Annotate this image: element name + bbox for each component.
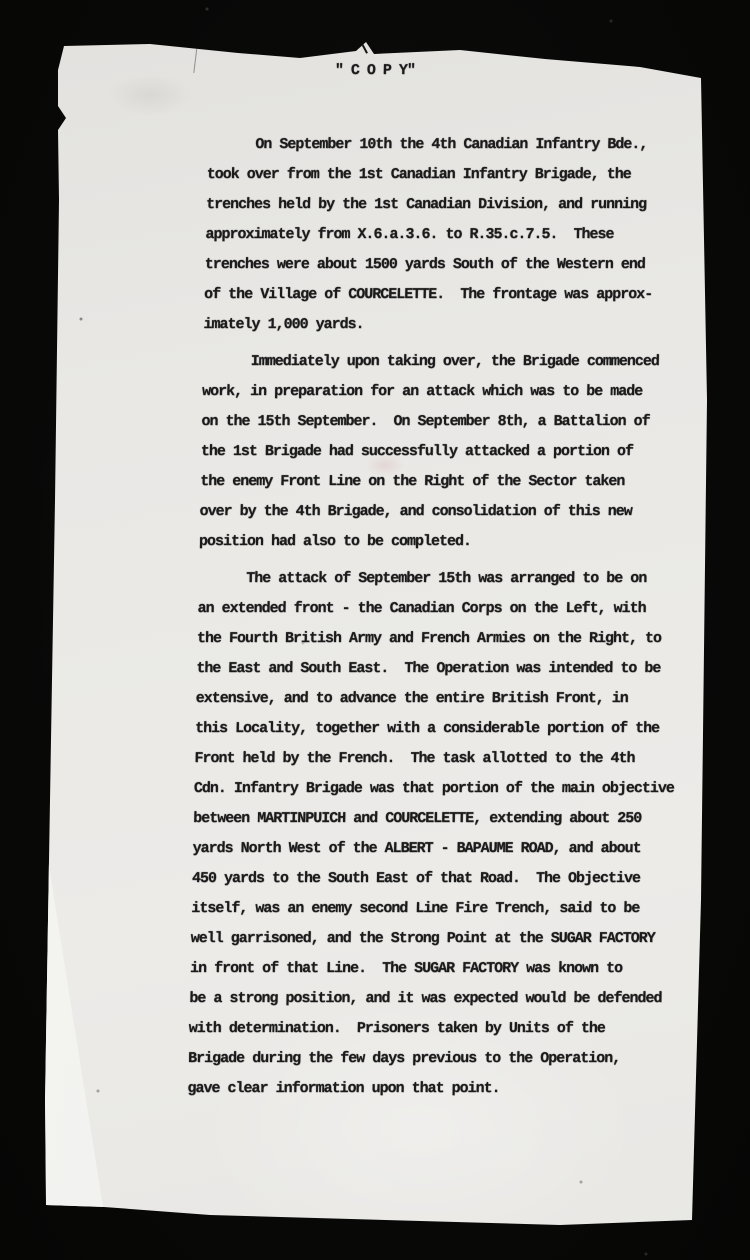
document-page: " C O P Y" On September 10th the 4th Can… (0, 0, 750, 1260)
typed-text-block: " C O P Y" On September 10th the 4th Can… (187, 62, 709, 1111)
copy-heading: " C O P Y" (335, 62, 709, 80)
paragraph-attack-preparation: Immediately upon taking over, the Brigad… (199, 347, 703, 557)
paper-crack-mark (193, 45, 197, 73)
paragraph-trenches-taken-over: On September 10th the 4th Canadian Infan… (203, 130, 707, 340)
paper-tear-mark (360, 41, 368, 53)
scan-background: " C O P Y" On September 10th the 4th Can… (0, 0, 750, 1260)
dust-specks (0, 0, 2, 2)
paragraph-september-15-attack: The attack of September 15th was arrange… (187, 564, 698, 1104)
paper-fold-crease (0, 855, 48, 1207)
